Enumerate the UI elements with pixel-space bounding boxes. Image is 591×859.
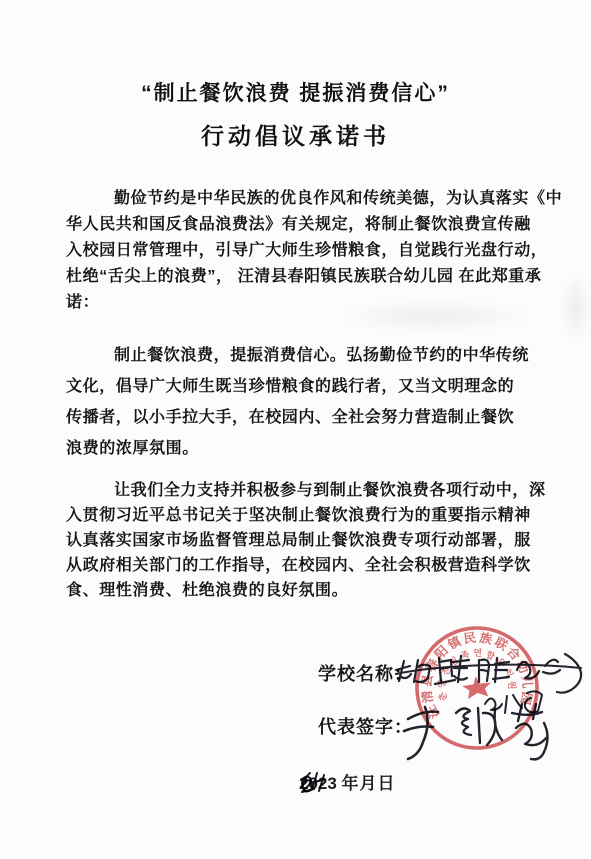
paragraph-line: 制止餐饮浪费，提振消费信心。弘扬勤俭节约的中华传统 [66, 340, 528, 371]
scanned-pledge-document: “制止餐饮浪费 提振消费信心” 行动倡议承诺书 勤俭节约是中华民族的优良作风和传… [0, 0, 591, 859]
paragraph-line: 从政府相关部门的工作指导，在校园内、全社会积极营造科学饮 [66, 553, 528, 578]
paragraph-line: 浪费的浓厚氛围。 [66, 433, 528, 464]
date-day-suffix: 日 [378, 769, 395, 794]
paragraph-line: 华人民共和国反食品浪费法》有关规定，将制止餐饮浪费宣传融 [66, 212, 528, 238]
page-title: “制止餐饮浪费 提振消费信心” [0, 77, 591, 107]
body-paragraph-3: 让我们全力支持并积极参与到制止餐饮浪费各项行动中，深 入贯彻习近平总书记关于坚决… [66, 478, 528, 603]
paragraph-line: 杜绝“舌尖上的浪费”， 汪清县春阳镇民族联合幼儿园 在此郑重承 [66, 264, 528, 290]
paragraph-line: 入贯彻习近平总书记关于坚决制止餐饮浪费行为的重要指示精神 [66, 503, 528, 528]
signature-handwriting [400, 697, 560, 771]
paragraph-line: 文化，倡导广大师生既当珍惜粮食的践行者，又当文明理念的 [66, 371, 528, 402]
paragraph-line: 食、理性消费、杜绝浪费的良好氛围。 [66, 578, 528, 603]
body-paragraph-1: 勤俭节约是中华民族的优良作风和传统美德，为认真落实《中 华人民共和国反食品浪费法… [66, 186, 528, 316]
scan-smudge [562, 272, 590, 344]
paragraph-line: 诺： [66, 290, 528, 316]
paragraph-line: 认真落实国家市场监督管理总局制止餐饮浪费专项行动部署，服 [66, 528, 528, 553]
paragraph-line: 传播者，以小手拉大手，在校园内、全社会努力营造制止餐饮 [66, 402, 528, 433]
paragraph-line: 勤俭节约是中华民族的优良作风和传统美德，为认真落实《中 [66, 186, 528, 212]
page-subtitle: 行动倡议承诺书 [0, 118, 591, 151]
handwritten-day [299, 768, 326, 794]
paragraph-line: 让我们全力支持并积极参与到制止餐饮浪费各项行动中，深 [66, 478, 528, 503]
paragraph-line: 入校园日常管理中，引导广大师生珍惜粮食，自觉践行光盘行动， [66, 238, 528, 264]
date-month-suffix: 月 [360, 769, 377, 794]
body-paragraph-2: 制止餐饮浪费，提振消费信心。弘扬勤俭节约的中华传统 文化，倡导广大师生既当珍惜粮… [66, 340, 528, 464]
date-line: 2023 年 月 日 [299, 769, 395, 794]
